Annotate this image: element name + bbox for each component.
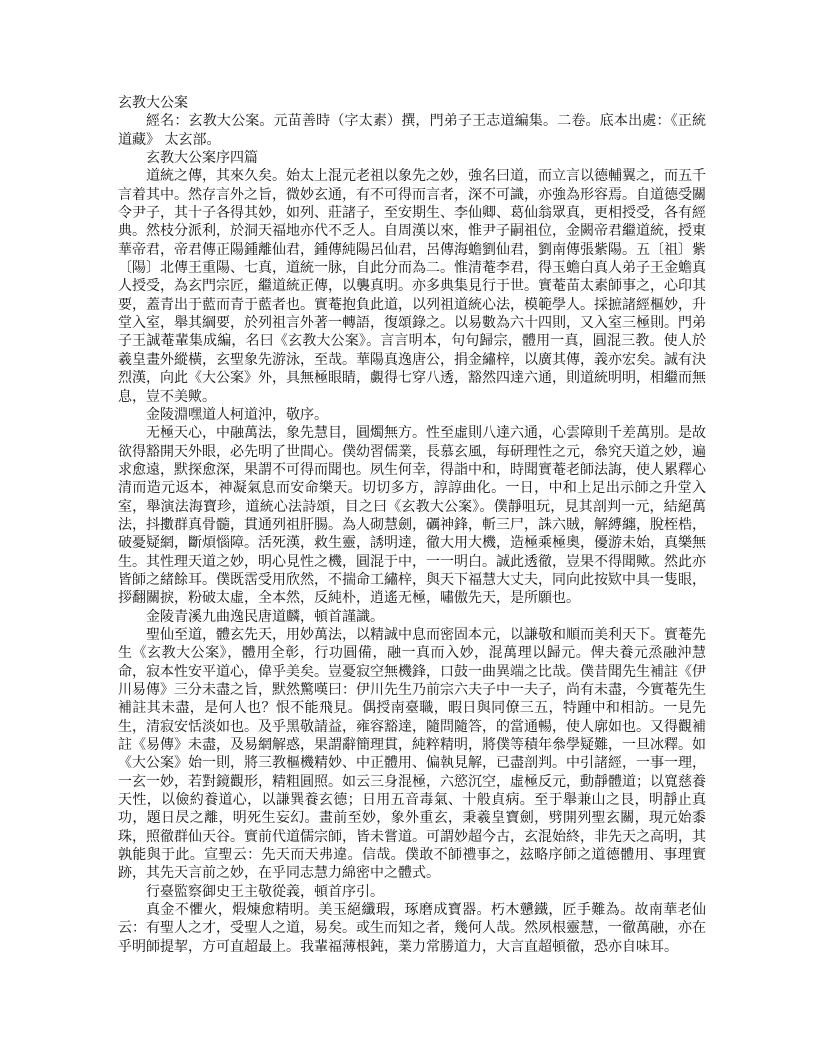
preface-3-signature: 行臺監察御史王主敬從義，頓首序引。 <box>118 883 706 901</box>
preface-1-body: 道統之傳，其來久矣。始太上混元老祖以象先之妙，強名曰道，而立言以德輔翼之，而五千… <box>118 167 706 405</box>
preface-2-signature: 金陵青溪九曲逸民唐道麟，頓首謹識。 <box>118 608 706 626</box>
preface-4-body: 真金不懼火，煆煉愈精明。美玉絕纖瑕，琢磨成寶器。朽木戇鐵，匠手難為。故南華老仙云… <box>118 901 706 956</box>
preface-heading: 玄教大公案序四篇 <box>118 149 706 167</box>
preface-1-signature: 金陵淵嘿道人柯道沖，敬序。 <box>118 406 706 424</box>
document-title: 玄教大公案 <box>118 94 706 112</box>
preface-2-body: 无極天心，中融萬法，象先慧目，圓燭無方。性至虛則八達六通，心雲障則千差萬別。是故… <box>118 424 706 607</box>
preface-3-body: 聖仙至道，體玄先天，用妙萬法，以精誠中息而密固本元，以謙敬和順而美利天下。實菴先… <box>118 626 706 883</box>
scripture-meta: 經名：玄教大公案。元苗善時（字太素）撰，門弟子王志道編集。二卷。底本出處：《正統… <box>118 112 706 149</box>
document-page: 玄教大公案 經名：玄教大公案。元苗善時（字太素）撰，門弟子王志道編集。二卷。底本… <box>118 94 706 956</box>
